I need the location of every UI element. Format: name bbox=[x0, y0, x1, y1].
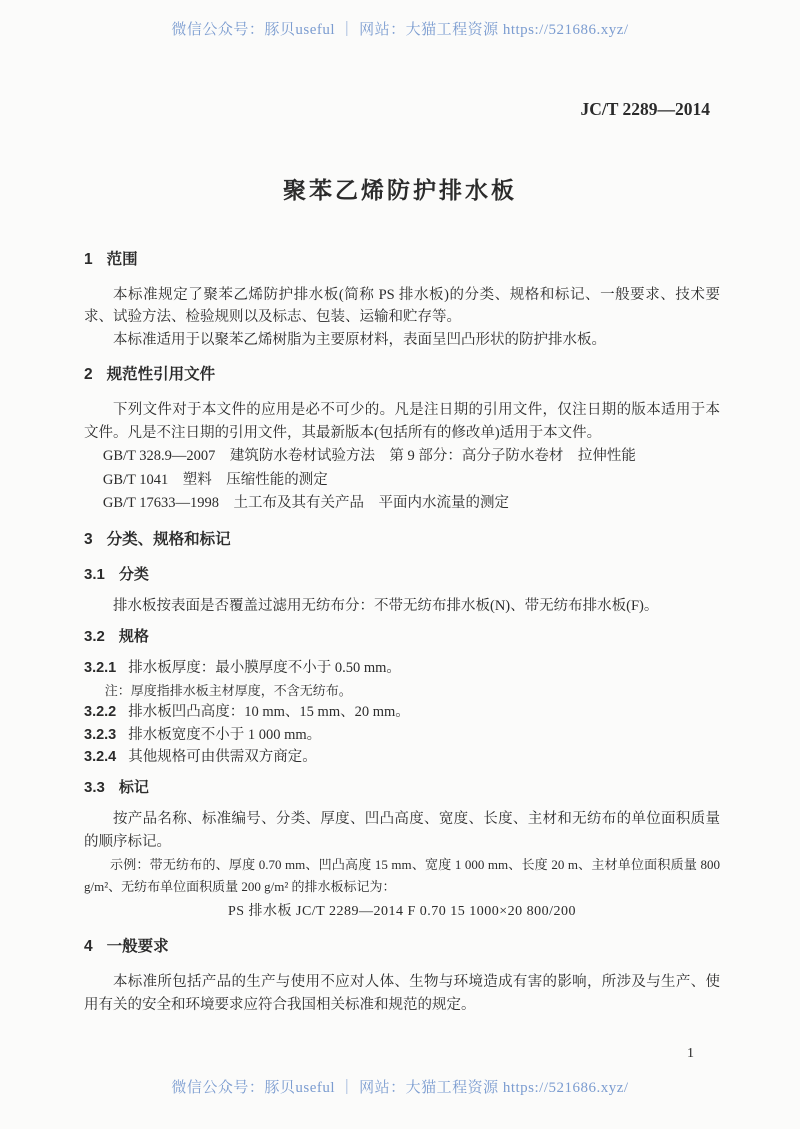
section-title: 一般要求 bbox=[107, 938, 169, 955]
page-title: 聚苯乙烯防护排水板 bbox=[0, 172, 800, 205]
section-title: 范围 bbox=[107, 251, 138, 268]
promo-header-note: 微信公众号：豚贝useful ｜ 网站：大猫工程资源 https://52168… bbox=[0, 18, 800, 39]
paragraph: 本标准适用于以聚苯乙烯树脂为主要原材料，表面呈凹凸形状的防护排水板。 bbox=[84, 329, 720, 351]
document-page: 微信公众号：豚贝useful ｜ 网站：大猫工程资源 https://52168… bbox=[0, 0, 800, 1129]
reference-item: GB/T 328.9—2007 建筑防水卷材试验方法 第 9 部分：高分子防水卷… bbox=[84, 445, 720, 469]
clause-text: 排水板凹凸高度：10 mm、15 mm、20 mm。 bbox=[128, 701, 410, 723]
clause-number: 3.2.2 bbox=[84, 701, 116, 723]
clause-number: 3.2.4 bbox=[84, 746, 116, 768]
section-1-heading: 1范围 bbox=[84, 249, 720, 271]
section-number: 2 bbox=[84, 366, 93, 383]
clause-number: 3.2.1 bbox=[84, 657, 116, 679]
subsection-title: 标记 bbox=[119, 779, 149, 796]
reference-item: GB/T 17633—1998 土工布及其有关产品 平面内水流量的测定 bbox=[84, 492, 720, 516]
paragraph: 按产品名称、标准编号、分类、厚度、凹凸高度、宽度、长度、主材和无纺布的单位面积质… bbox=[84, 808, 720, 853]
section-number: 1 bbox=[84, 251, 93, 268]
clause-number: 3.2.3 bbox=[84, 724, 116, 746]
example-paragraph: 示例：带无纺布的、厚度 0.70 mm、凹凸高度 15 mm、宽度 1 000 … bbox=[84, 854, 720, 898]
section-2-heading: 2规范性引用文件 bbox=[84, 364, 720, 386]
clause-3-2-3: 3.2.3排水板宽度不小于 1 000 mm。 bbox=[84, 724, 720, 746]
promo-footer-note: 微信公众号：豚贝useful ｜ 网站：大猫工程资源 https://52168… bbox=[0, 1076, 800, 1097]
clause-3-2-1: 3.2.1排水板厚度：最小膜厚度不小于 0.50 mm。 bbox=[84, 657, 720, 679]
section-number: 4 bbox=[84, 938, 93, 955]
document-body: 1范围 本标准规定了聚苯乙烯防护排水板(简称 PS 排水板)的分类、规格和标记、… bbox=[84, 236, 720, 1016]
paragraph: 本标准所包括产品的生产与使用不应对人体、生物与环境造成有害的影响，所涉及与生产、… bbox=[84, 971, 720, 1016]
subsection-number: 3.3 bbox=[84, 779, 105, 796]
subsection-3-1-heading: 3.1分类 bbox=[84, 564, 720, 586]
normative-references: GB/T 328.9—2007 建筑防水卷材试验方法 第 9 部分：高分子防水卷… bbox=[84, 445, 720, 516]
standard-code: JC/T 2289—2014 bbox=[581, 99, 710, 120]
section-4-heading: 4一般要求 bbox=[84, 936, 720, 958]
section-title: 分类、规格和标记 bbox=[107, 531, 231, 548]
subsection-title: 分类 bbox=[119, 566, 149, 583]
paragraph: 本标准规定了聚苯乙烯防护排水板(简称 PS 排水板)的分类、规格和标记、一般要求… bbox=[84, 284, 720, 329]
subsection-title: 规格 bbox=[119, 628, 149, 645]
clause-3-2-4: 3.2.4其他规格可由供需双方商定。 bbox=[84, 746, 720, 768]
subsection-3-3-heading: 3.3标记 bbox=[84, 777, 720, 799]
section-number: 3 bbox=[84, 531, 93, 548]
paragraph: 下列文件对于本文件的应用是必不可少的。凡是注日期的引用文件，仅注日期的版本适用于… bbox=[84, 399, 720, 444]
page-number: 1 bbox=[687, 1046, 694, 1062]
clause-text: 其他规格可由供需双方商定。 bbox=[128, 746, 317, 768]
paragraph: 排水板按表面是否覆盖过滤用无纺布分：不带无纺布排水板(N)、带无纺布排水板(F)… bbox=[84, 595, 720, 617]
subsection-3-2-heading: 3.2规格 bbox=[84, 626, 720, 648]
subsection-number: 3.1 bbox=[84, 566, 105, 583]
clause-3-2-2: 3.2.2排水板凹凸高度：10 mm、15 mm、20 mm。 bbox=[84, 701, 720, 723]
clause-text: 排水板宽度不小于 1 000 mm。 bbox=[128, 724, 321, 746]
section-title: 规范性引用文件 bbox=[107, 366, 216, 383]
designation-line: PS 排水板 JC/T 2289—2014 F 0.70 15 1000×20 … bbox=[84, 900, 720, 923]
subsection-number: 3.2 bbox=[84, 628, 105, 645]
reference-item: GB/T 1041 塑料 压缩性能的测定 bbox=[84, 469, 720, 493]
section-3-heading: 3分类、规格和标记 bbox=[84, 529, 720, 551]
clause-text: 排水板厚度：最小膜厚度不小于 0.50 mm。 bbox=[128, 657, 401, 679]
clause-note: 注：厚度指排水板主材厚度，不含无纺布。 bbox=[105, 680, 720, 702]
